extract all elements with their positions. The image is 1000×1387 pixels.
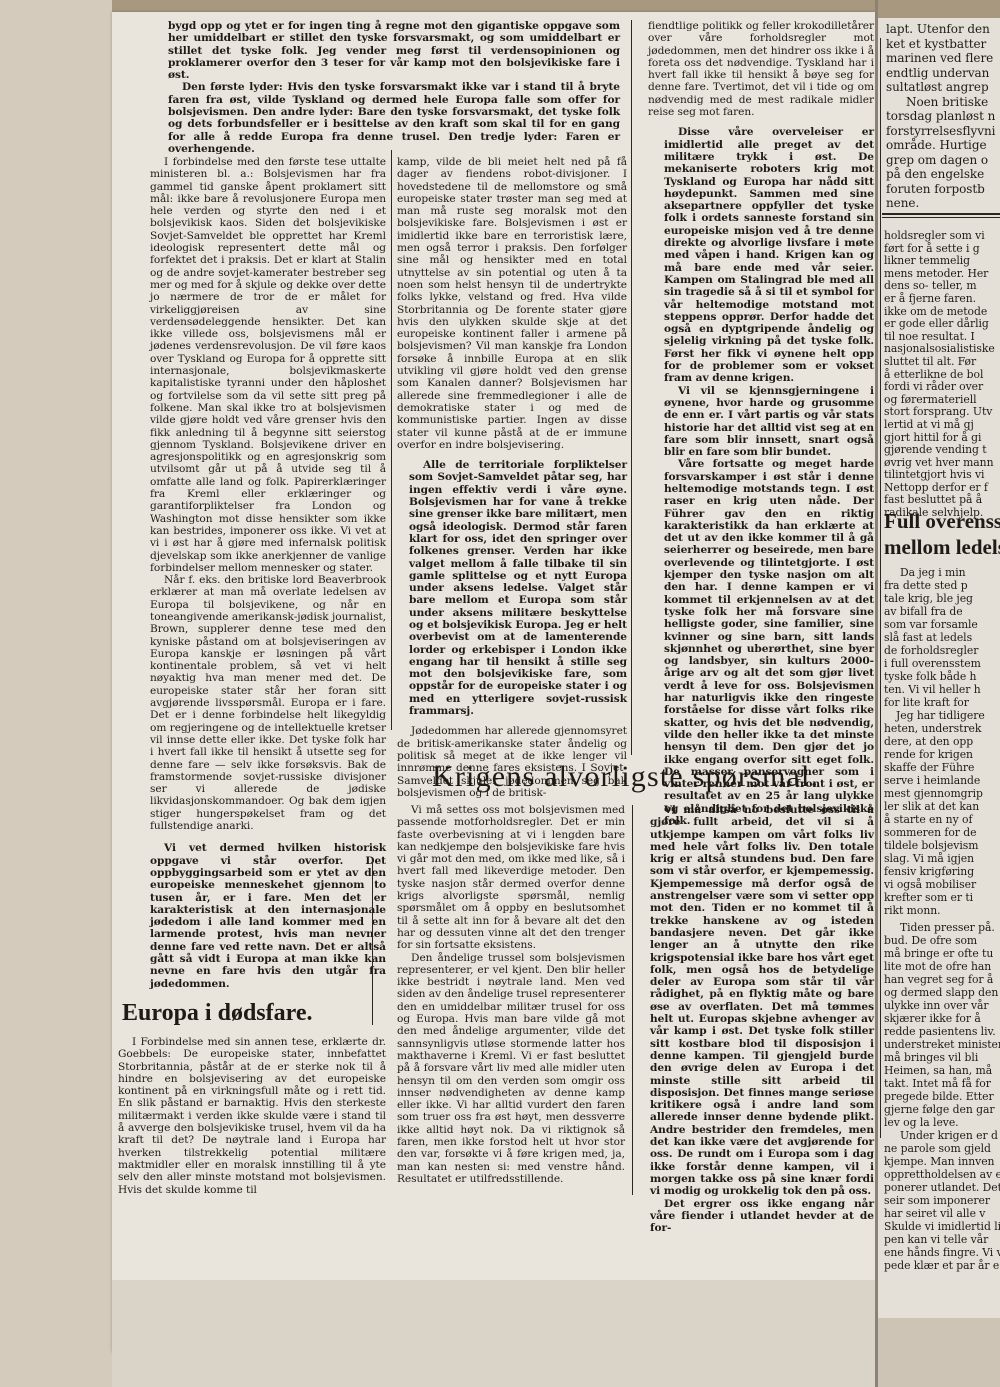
- adjacent-line: vi også mobiliser: [884, 878, 1000, 891]
- adjacent-bottom-text: Da jeg i min fra dette sted p tale krig,…: [884, 566, 1000, 1272]
- adjacent-double-rule-2: [882, 217, 1000, 218]
- adjacent-line: og dermed slapp den: [884, 986, 1000, 999]
- adjacent-line: Tiden presser på.: [884, 921, 1000, 934]
- adjacent-line: Da jeg i min: [884, 566, 1000, 579]
- adjacent-column-rule: [880, 38, 881, 1138]
- adjacent-line: for lite kraft for: [884, 696, 1000, 709]
- adjacent-line: bud. De ofre som: [884, 934, 1000, 947]
- adjacent-line: redde pasientens liv.: [884, 1025, 1000, 1038]
- adjacent-line: skjærer ikke for å: [884, 1012, 1000, 1025]
- adjacent-line: sommeren for de: [884, 826, 1000, 839]
- adjacent-headline-line: mellom ledels: [884, 534, 1000, 560]
- adjacent-line: ten. Vi vil heller h: [884, 683, 1000, 696]
- adjacent-line: tildele bolsjevism: [884, 839, 1000, 852]
- adjacent-line: å starte en ny of: [884, 813, 1000, 826]
- adjacent-line: ene hånds fingre. Vi v: [884, 1246, 1000, 1259]
- column1-after-subheading: I Forbindelse med sin annen tese, erklær…: [118, 1036, 386, 1196]
- adjacent-line: sultatløst angrep: [886, 80, 1000, 95]
- adjacent-line: er gode eller dårlig: [884, 318, 1000, 331]
- adjacent-line: rikt monn.: [884, 904, 1000, 917]
- adjacent-line: som var forsamle: [884, 618, 1000, 631]
- backing-board-left: [0, 0, 112, 1387]
- adjacent-line: pen kan vi telle vår: [884, 1233, 1000, 1246]
- column2-paragraph-1: kamp, vilde de bli meiet helt ned på få …: [397, 156, 627, 451]
- adjacent-line: understreket minister: [884, 1038, 1000, 1051]
- adjacent-line: pregede bilde. Etter: [884, 1090, 1000, 1103]
- column-1: I forbindelse med den første tese uttalt…: [150, 156, 386, 990]
- adjacent-line: i full overensstem: [884, 657, 1000, 670]
- adjacent-line: heten, understrek: [884, 722, 1000, 735]
- adjacent-line: foruten forpostb: [886, 182, 1000, 197]
- adjacent-headline: Full overenss mellom ledels: [884, 508, 1000, 560]
- adjacent-line: rende for krigen: [884, 748, 1000, 761]
- adjacent-line: mest gjennomgrip: [884, 787, 1000, 800]
- adjacent-line: dere, at den opp: [884, 735, 1000, 748]
- column-3: fiendtlige politikk og feller krokodille…: [648, 20, 874, 827]
- subheading-europa-i-dodsfare: Europa i dødsfare.: [122, 1000, 313, 1027]
- adjacent-line: fordi vi råder over: [884, 381, 1000, 394]
- adjacent-line: takt. Intet må få for: [884, 1077, 1000, 1090]
- adjacent-line: krefter som er ti: [884, 891, 1000, 904]
- adjacent-line: serve i heimlande: [884, 774, 1000, 787]
- adjacent-line: holdsregler som vi: [884, 230, 1000, 243]
- adjacent-line: Noen britiske: [886, 95, 1000, 110]
- adjacent-line: kjempe. Man innven: [884, 1155, 1000, 1168]
- adjacent-line: lite mot de ofre han: [884, 960, 1000, 973]
- intro-paragraph-1: bygd opp og ytet er for ingen ting å reg…: [168, 20, 620, 81]
- intro-block: bygd opp og ytet er for ingen ting å reg…: [168, 20, 620, 155]
- adjacent-line: Under krigen er d: [884, 1129, 1000, 1142]
- column1-bold-paragraph: Vi vet dermed hvilken historisk oppgave …: [150, 842, 386, 990]
- adjacent-line: han vegret seg for å: [884, 973, 1000, 986]
- adjacent-line: slå fast at ledels: [884, 631, 1000, 644]
- column2-bold-paragraph: Alle de territoriale forpliktelser som S…: [397, 459, 627, 717]
- adjacent-line: ket et kystbatter: [886, 37, 1000, 52]
- adjacent-line: Skulde vi imidlertid li: [884, 1220, 1000, 1233]
- adjacent-line: nene.: [886, 196, 1000, 211]
- column-rule-1b: [372, 860, 373, 1025]
- column1-paragraph-2: Når f. eks. den britiske lord Beaverbroo…: [150, 574, 386, 832]
- adjacent-line: av bifall fra de: [884, 605, 1000, 618]
- adjacent-middle-text: holdsregler som vi ført for å sette i g …: [884, 230, 1000, 520]
- adjacent-headline-line: Full overenss: [884, 508, 1000, 534]
- adjacent-line: gjerne følge den gar: [884, 1103, 1000, 1116]
- adjacent-line: på den engelske: [886, 167, 1000, 182]
- section2-left-paragraph-2: Den åndelige trussel som bolsjevismen re…: [397, 952, 625, 1186]
- adjacent-line: grep om dagen o: [886, 153, 1000, 168]
- section2-left-column: Vi må settes oss mot bolsjevismen med pa…: [397, 804, 625, 1185]
- column1-paragraph-1: I forbindelse med den første tese uttalt…: [150, 156, 386, 574]
- adjacent-line: likner temmelig: [884, 255, 1000, 268]
- adjacent-double-rule: [882, 213, 1000, 215]
- intro-paragraph-2: Den første lyder: Hvis den tyske forsvar…: [168, 81, 620, 155]
- page-bottom-margin: [112, 1280, 875, 1387]
- adjacent-line: endtlig undervan: [886, 66, 1000, 81]
- adjacent-line: lev og la leve.: [884, 1116, 1000, 1129]
- section2-right-bold-paragraph: Vi må altså no beslutte oss til å gjøre …: [650, 804, 874, 1198]
- adjacent-line: opprettholdelsen av en: [884, 1168, 1000, 1181]
- adjacent-line: er å fjerne faren.: [884, 293, 1000, 306]
- adjacent-line: ne parole som gjeld: [884, 1142, 1000, 1155]
- adjacent-line: tilintetgjort hvis vi: [884, 469, 1000, 482]
- column3-bold-paragraph-2: Vi vil se kjennsgjerningene i øynene, hv…: [664, 385, 874, 459]
- adjacent-line: tale krig, ble jeg: [884, 592, 1000, 605]
- adjacent-line: ulykke inn over vår: [884, 999, 1000, 1012]
- adjacent-line: torsdag planløst n: [886, 109, 1000, 124]
- adjacent-line: sluttet til alt. Før: [884, 356, 1000, 369]
- adjacent-line: Jeg har tidligere: [884, 709, 1000, 722]
- adjacent-line: gjørende vending t: [884, 444, 1000, 457]
- section2-right-last-paragraph: Det ergrer oss ikke engang når våre fien…: [650, 1198, 874, 1235]
- adjacent-top-text: lapt. Utenfor den ket et kystbatter mari…: [886, 22, 1000, 211]
- adjacent-line: ponerer utlandet. Det: [884, 1181, 1000, 1194]
- adjacent-line: ler slik at det kan: [884, 800, 1000, 813]
- column-rule-1: [391, 150, 392, 730]
- adjacent-line: har seiret vil alle v: [884, 1207, 1000, 1220]
- adjacent-line: fensiv krigføring: [884, 865, 1000, 878]
- adjacent-line: tyske folk både h: [884, 670, 1000, 683]
- adjacent-line: må bringe er ofte tu: [884, 947, 1000, 960]
- adjacent-line: de forholdsregler: [884, 644, 1000, 657]
- adjacent-line: pede klær et par år e: [884, 1259, 1000, 1272]
- adjacent-line: lapt. Utenfor den: [886, 22, 1000, 37]
- section2-right-column: Vi må altså no beslutte oss til å gjøre …: [650, 804, 874, 1234]
- adjacent-line: fra dette sted p: [884, 579, 1000, 592]
- section2-left-paragraph-1: Vi må settes oss mot bolsjevismen med pa…: [397, 804, 625, 952]
- column-2: kamp, vilde de bli meiet helt ned på få …: [397, 156, 627, 799]
- adjacent-line: skaffe der Führe: [884, 761, 1000, 774]
- adjacent-line: slag. Vi må igjen: [884, 852, 1000, 865]
- column-rule-3: [632, 805, 633, 1195]
- adjacent-line: marinen ved flere: [886, 51, 1000, 66]
- column-1-continued: I Forbindelse med sin annen tese, erklær…: [118, 1036, 386, 1196]
- adjacent-line: forstyrrelsesflyvni: [886, 124, 1000, 139]
- adjacent-line: må bringes vil bli: [884, 1051, 1000, 1064]
- adjacent-line: Heimen, sa han, må: [884, 1064, 1000, 1077]
- adjacent-page-cropped: lapt. Utenfor den ket et kystbatter mari…: [878, 18, 1000, 1318]
- column3-bold-paragraph-1: Disse våre overveleiser er imidlertid al…: [664, 126, 874, 384]
- headline-krigens-alvorligste-sporsmal: Krigens alvorligste spørsmal.: [432, 760, 819, 794]
- adjacent-line: område. Hurtige: [886, 138, 1000, 153]
- adjacent-line: seir som imponerer: [884, 1194, 1000, 1207]
- column3-top-paragraph: fiendtlige politikk og feller krokodille…: [648, 20, 874, 118]
- adjacent-line: lertid at vi må gj: [884, 419, 1000, 432]
- column-rule-2: [631, 20, 632, 755]
